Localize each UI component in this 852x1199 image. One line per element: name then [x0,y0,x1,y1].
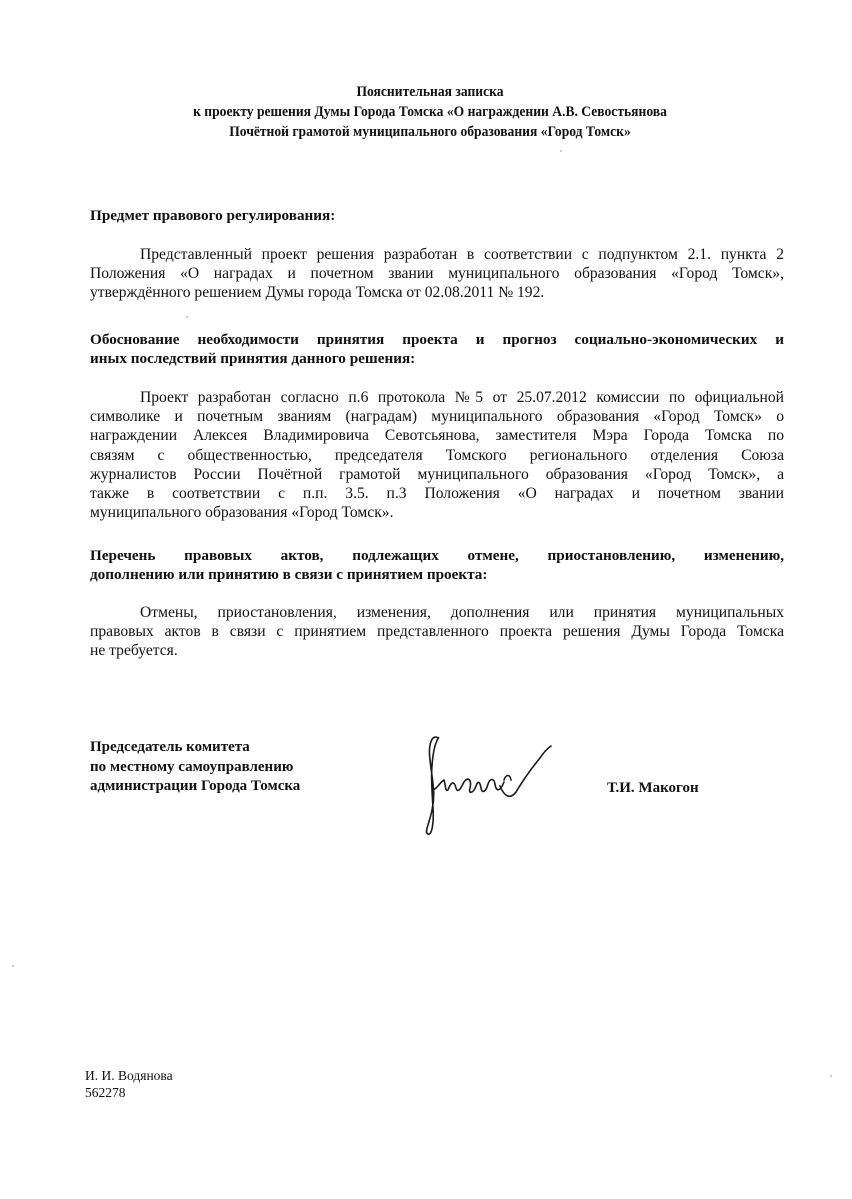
paragraph-line: не требуется. [90,641,784,660]
heading-line: Обоснование необходимости принятия проек… [90,330,784,349]
paragraph-line: правовых актов в связи с принятием предс… [90,622,784,641]
heading-line: иных последствий принятия данного решени… [90,349,784,368]
scan-speck [186,316,188,318]
section-heading-legal-acts: Перечень правовых актов, подлежащих отме… [90,546,784,584]
paragraph-line: Представленный проект решения разработан… [90,245,784,264]
paragraph-line: Отмены, приостановления, изменения, допо… [90,603,784,622]
title-line: Пояснительная записка [105,82,756,102]
paragraph-line: журналистов России Почётной грамотой мун… [90,465,784,484]
heading-line: дополнению или принятию в связи с принят… [90,565,784,584]
section-heading-justification: Обоснование необходимости принятия проек… [90,330,784,368]
document-title: Пояснительная записка к проекту решения … [105,82,756,142]
section-heading-subject: Предмет правового регулирования: [90,206,784,225]
signature-icon [418,730,568,840]
paragraph-line: также в соответствии с п.п. 3.5. п.3 Пол… [90,484,784,503]
section-paragraph-justification: Проект разработан согласно п.6 протокола… [90,388,784,522]
position-line: по местному самоуправлению [90,758,300,778]
heading-line: Перечень правовых актов, подлежащих отме… [90,546,784,565]
paragraph-line: муниципального образования «Город Томск»… [90,503,784,522]
section-paragraph-legal-acts: Отмены, приостановления, изменения, допо… [90,603,784,661]
paragraph-line: связям с общественностью, председателя Т… [90,446,784,465]
signer-position: Председатель комитета по местному самоуп… [90,738,300,797]
executor-name: И. И. Водянова [85,1067,173,1084]
document-page: Пояснительная записка к проекту решения … [0,0,852,1199]
position-line: Председатель комитета [90,738,300,758]
scan-speck [830,1075,832,1077]
executor-info: И. И. Водянова 562278 [85,1067,173,1101]
signer-name: Т.И. Макогон [607,779,699,798]
scan-speck [12,965,14,967]
title-line: Почётной грамотой муниципального образов… [105,122,756,142]
position-line: администрации Города Томска [90,777,300,797]
heading-line: Предмет правового регулирования: [90,206,784,225]
executor-phone: 562278 [85,1084,173,1101]
title-line: к проекту решения Думы Города Томска «О … [105,102,756,122]
section-paragraph-subject: Представленный проект решения разработан… [90,245,784,303]
paragraph-line: утверждённого решением Думы города Томск… [90,283,784,302]
paragraph-line: Положения «О наградах и почетном звании … [90,264,784,283]
scan-speck [560,150,562,152]
paragraph-line: Проект разработан согласно п.6 протокола… [90,388,784,407]
paragraph-line: символике и почетным званиям (наградам) … [90,407,784,426]
paragraph-line: награждении Алексея Владимировича Севотс… [90,426,784,445]
